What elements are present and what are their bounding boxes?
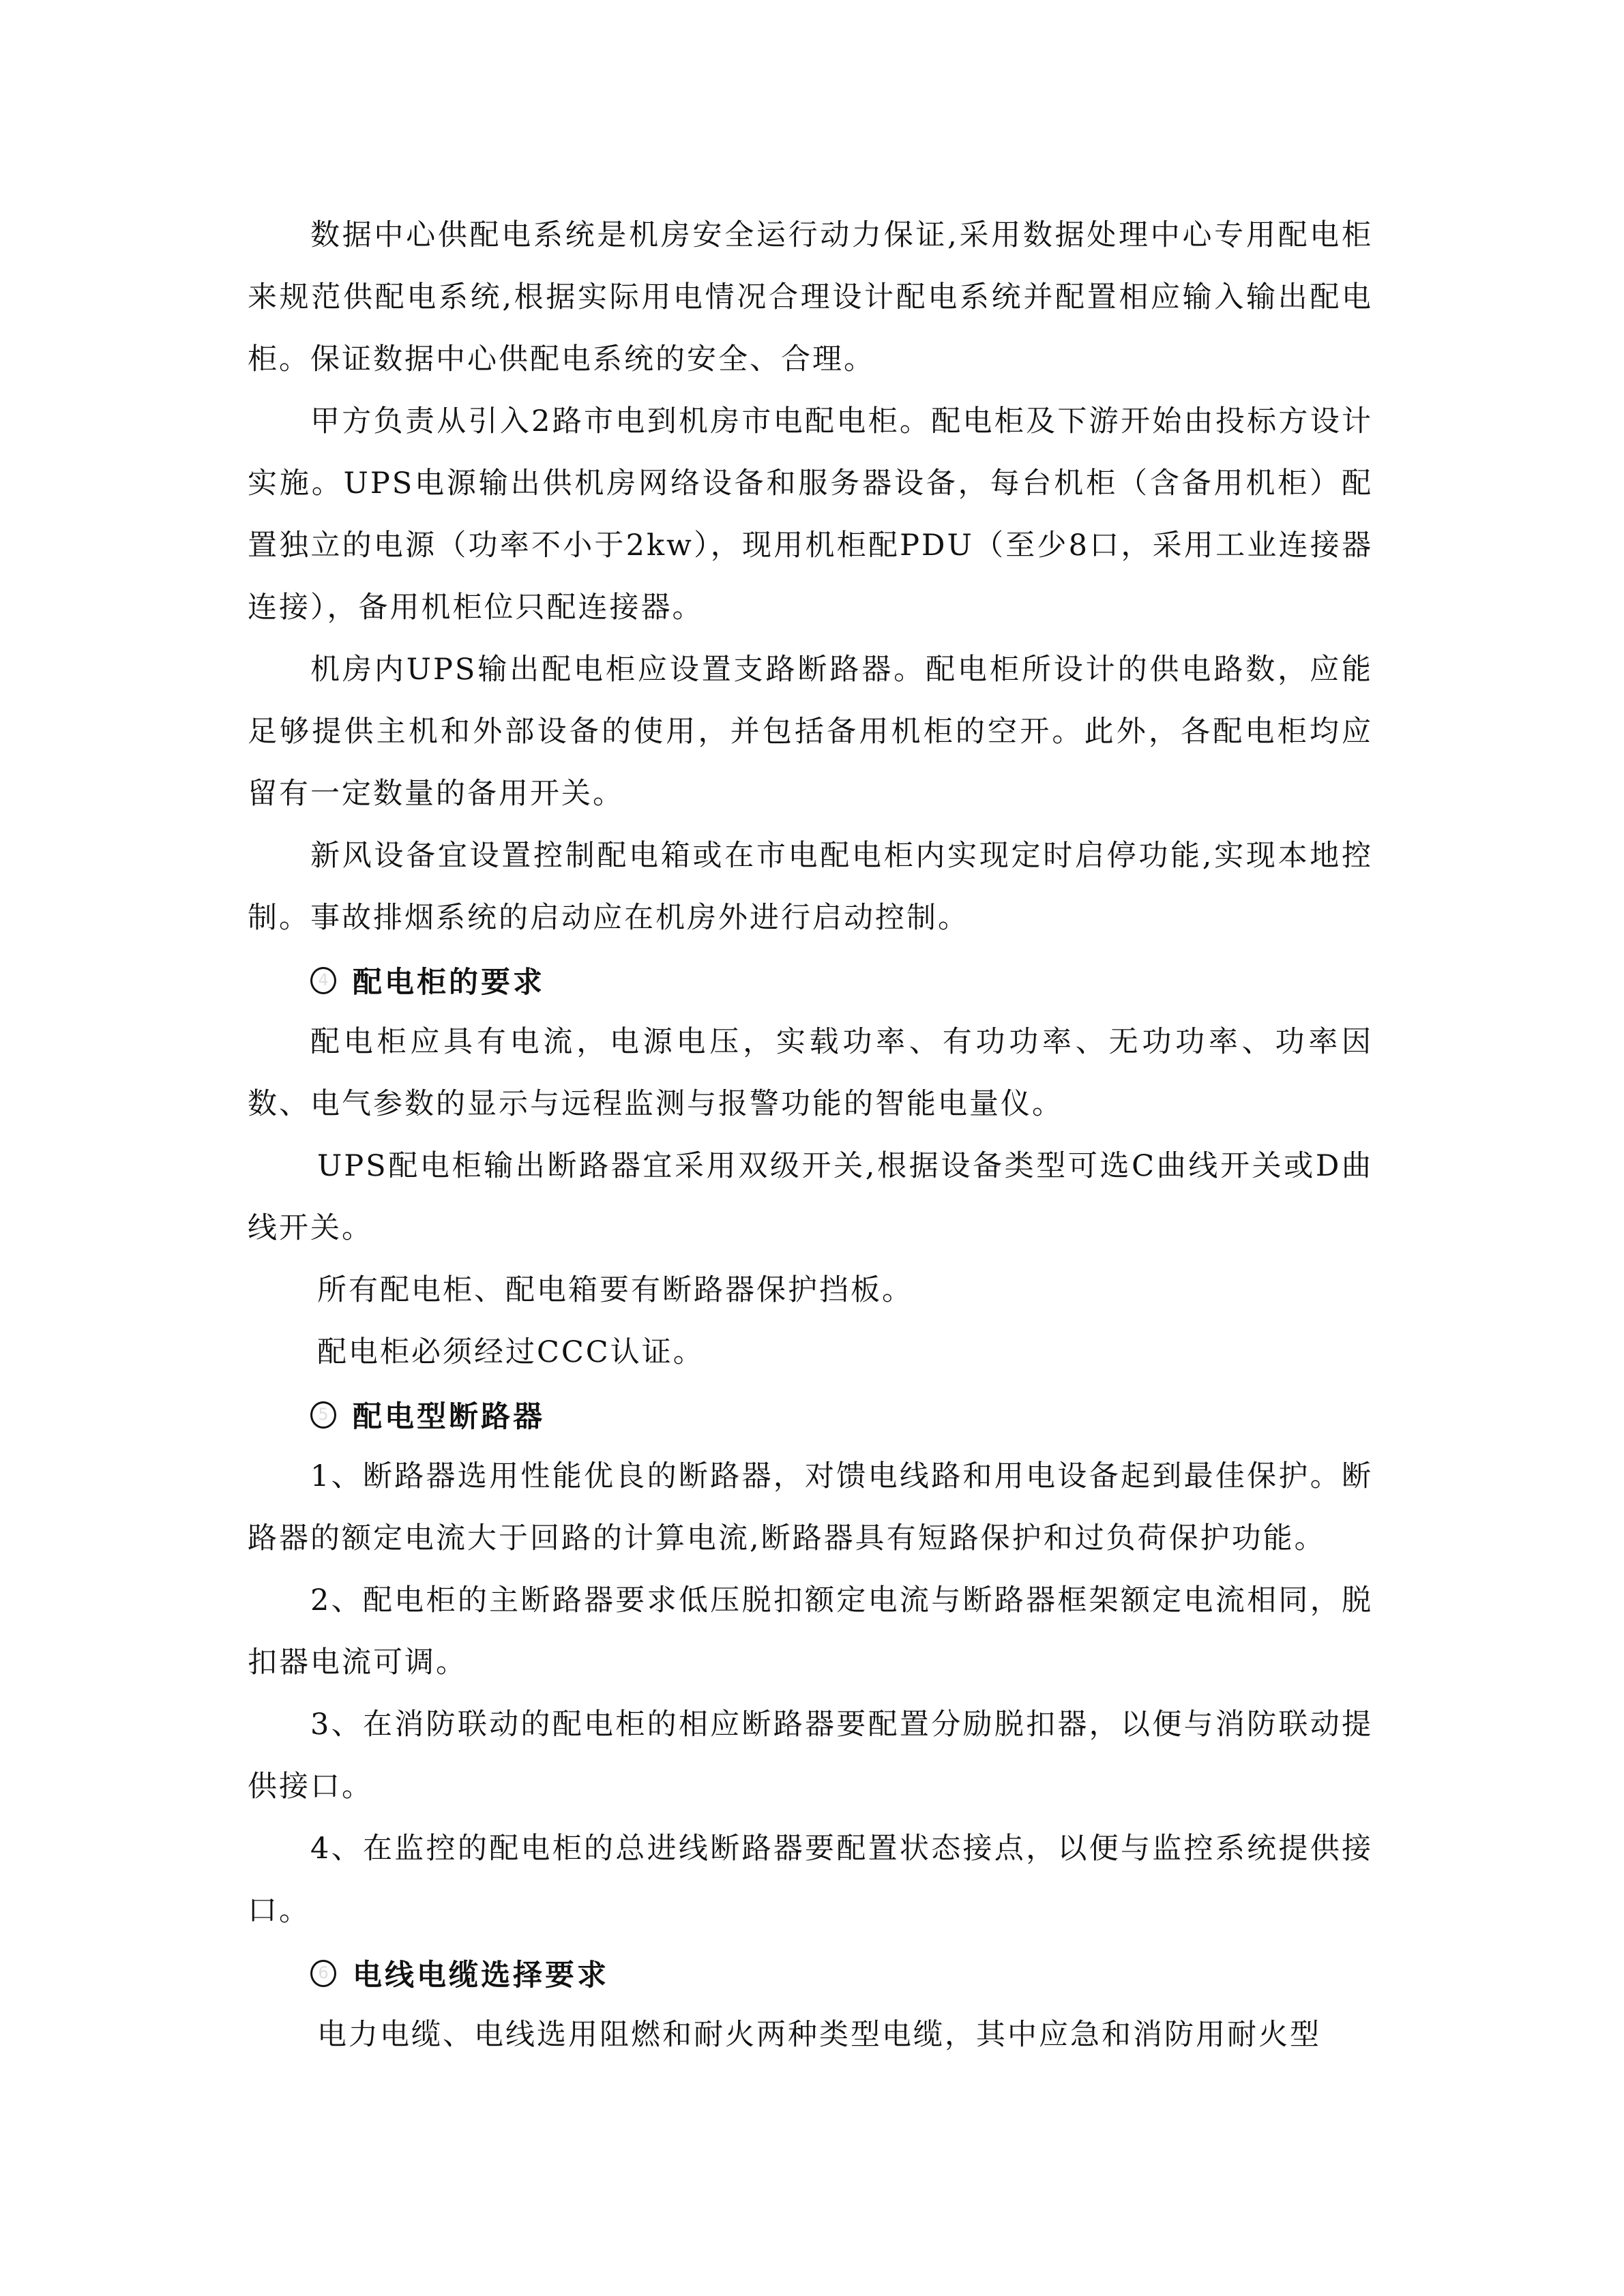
section-number: 5 [312,1405,334,1424]
paragraph-power-system-overview: 数据中心供配电系统是机房安全运行动力保证,采用数据处理中心专用配电柜来规范供配电… [248,205,1373,391]
section-title: 电线电缆选择要求 [353,1952,609,1994]
list-item-breaker-2: 2、配电柜的主断路器要求低压脱扣额定电流与断路器框架额定电流相同，脱扣器电流可调… [248,1570,1373,1694]
list-item-breaker-1: 1、断路器选用性能优良的断路器，对馈电线路和用电设备起到最佳保护。断路器的额定电… [248,1446,1373,1570]
paragraph-smart-meter: 配电柜应具有电流，电源电压，实载功率、有功功率、无功功率、功率因数、电气参数的显… [248,1011,1373,1135]
paragraph-breaker-guard: 所有配电柜、配电箱要有断路器保护挡板。 [248,1259,1373,1322]
section-heading-distribution-breakers: 5 配电型断路器 [310,1384,1373,1446]
list-item-breaker-4: 4、在监控的配电柜的总进线断路器要配置状态接点，以便与监控系统提供接口。 [248,1818,1373,1942]
circled-number-icon: 5 [310,1401,336,1429]
paragraph-power-supply-responsibility: 甲方负责从引入2路市电到机房市电配电柜。配电柜及下游开始由投标方设计实施。UPS… [248,391,1373,639]
paragraph-fresh-air-control: 新风设备宜设置控制配电箱或在市电配电柜内实现定时启停功能,实现本地控制。事故排烟… [248,825,1373,949]
list-item-breaker-3: 3、在消防联动的配电柜的相应断路器要配置分励脱扣器，以便与消防联动提供接口。 [248,1694,1373,1818]
section-number: 6 [312,1963,334,1982]
paragraph-cable-types: 电力电缆、电线选用阻燃和耐火两种类型电缆，其中应急和消防用耐火型 [248,2004,1373,2066]
paragraph-ups-double-pole: UPS配电柜输出断路器宜采用双级开关,根据设备类型可选C曲线开关或D曲线开关。 [248,1135,1373,1259]
circled-number-icon: 4 [310,967,336,994]
paragraph-ccc-certification: 配电柜必须经过CCC认证。 [248,1322,1373,1384]
section-number: 4 [312,970,334,989]
section-title: 配电柜的要求 [353,959,545,1001]
circled-number-icon: 6 [310,1960,336,1987]
document-page: 数据中心供配电系统是机房安全运行动力保证,采用数据处理中心专用配电柜来规范供配电… [248,205,1373,2066]
section-heading-cable-selection: 6 电线电缆选择要求 [310,1942,1373,2004]
paragraph-ups-branch-breakers: 机房内UPS输出配电柜应设置支路断路器。配电柜所设计的供电路数，应能足够提供主机… [248,639,1373,825]
section-title: 配电型断路器 [353,1394,545,1435]
section-heading-cabinet-requirements: 4 配电柜的要求 [310,949,1373,1011]
